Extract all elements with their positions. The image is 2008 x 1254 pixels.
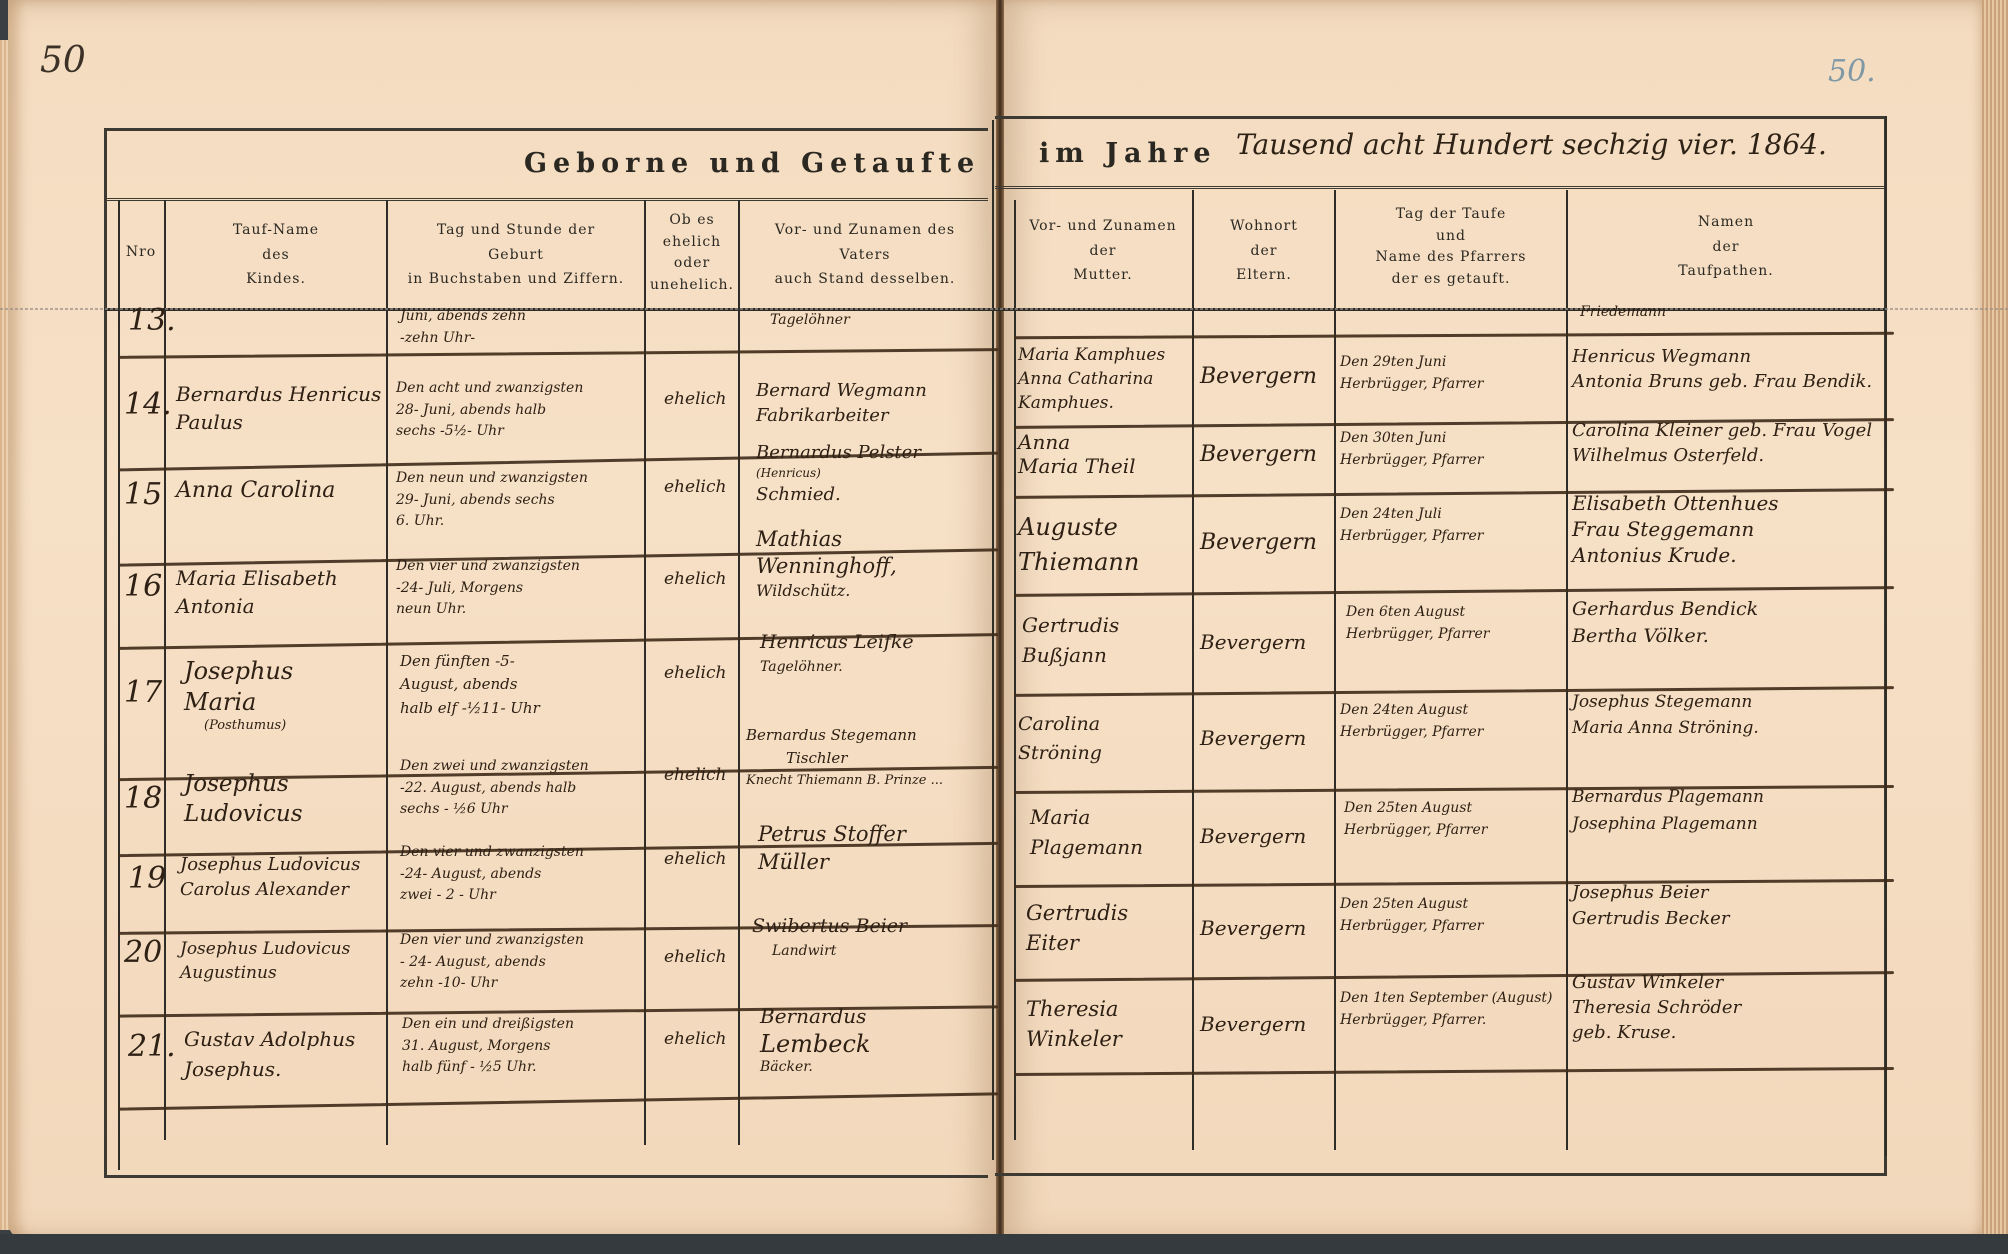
entry-birth: Den neun und zwanzigsten29- Juni, abends… <box>396 468 588 533</box>
background-surface <box>0 1234 2008 1254</box>
entry-residence: Bevergern <box>1200 914 1306 942</box>
col-divider <box>738 200 740 1145</box>
entry-baptism: Den 24ten JuliHerbrügger, Pfarrer <box>1340 504 1483 547</box>
entry-birth: Den vier und zwanzigsten-24- Juli, Morge… <box>396 556 580 621</box>
entry-baptism: Den 25ten AugustHerbrügger, Pfarrer <box>1340 894 1483 937</box>
entry-mother: TheresiaWinkeler <box>1026 994 1122 1055</box>
entry-child-name: Anna Carolina <box>176 476 335 507</box>
page-title-left: Geborne und Getaufte <box>524 148 980 179</box>
entry-legitimacy: ehelich <box>664 386 726 412</box>
header-wohnort: WohnortderEltern. <box>1194 214 1334 288</box>
entry-father: Petrus StofferMüller <box>758 820 906 877</box>
header-tauf-name: Tauf-NamedesKindes. <box>166 218 386 292</box>
page-number-left: 50 <box>40 40 86 81</box>
entry-legitimacy: ehelich <box>664 660 726 686</box>
title-band-left: Geborne und Getaufte <box>104 130 988 201</box>
entry-legitimacy: ehelich <box>664 566 726 592</box>
header-vater: Vor- und Zunamen desVatersauch Stand des… <box>740 218 990 292</box>
entry-mother: CarolinaStröning <box>1018 710 1102 767</box>
open-register-book: 50 50. Geborne und Getaufte im Jahre Tau… <box>0 0 2008 1254</box>
header-ehelich: Ob esehelichoderunehelich. <box>646 210 738 297</box>
entry-father: BernardusLembeckBäcker. <box>760 1004 870 1077</box>
entry-residence: Bevergern <box>1200 724 1306 752</box>
entry-baptism: Den 24ten AugustHerbrügger, Pfarrer <box>1340 700 1483 743</box>
entry-birth: Den acht und zwanzigsten28- Juni, abends… <box>396 378 583 443</box>
col-divider <box>644 200 646 1145</box>
page-edge-right <box>1982 0 2008 1250</box>
entry-child-name: JosephusLudovicus <box>184 770 303 830</box>
entry-residence: Bevergern <box>1200 822 1306 850</box>
entry-baptism: Den 1ten September (August)Herbrügger, P… <box>1340 988 1553 1031</box>
entry-child-name: JosephusMaria(Posthumus) <box>184 656 293 735</box>
entry-number: 19 <box>128 858 166 900</box>
entry-birth: Den zwei und zwanzigsten-22. August, abe… <box>400 756 589 821</box>
entry-father: Henricus LeifkeTagelöhner. <box>760 628 914 679</box>
entry-residence: Bevergern <box>1200 528 1317 559</box>
entry-mother: MariaPlagemann <box>1030 802 1143 862</box>
entry-residence: Bevergern <box>1200 1010 1306 1038</box>
entry-father: Bernard WegmannFabrikarbeiter <box>756 378 927 428</box>
entry-godparents: Friedemann <box>1580 302 1666 324</box>
entry-father: Swibertus BeierLandwirt <box>752 912 907 963</box>
entry-baptism: Den 25ten AugustHerbrügger, Pfarrer <box>1344 798 1487 841</box>
entry-number: 21. <box>128 1026 176 1068</box>
entry-mother: AugusteThiemann <box>1018 510 1139 580</box>
header-nr: Nro <box>118 240 164 265</box>
entry-baptism: Den 29ten JuniHerbrügger, Pfarrer <box>1340 352 1483 395</box>
entry-mother: Maria KamphuesAnna CatharinaKamphues. <box>1018 344 1165 415</box>
col-divider <box>118 200 120 1170</box>
header-taufe: Tag der TaufeundName des Pfarrersder es … <box>1336 204 1566 291</box>
entry-baptism: Den 30ten JuniHerbrügger, Pfarrer <box>1340 428 1483 471</box>
entry-number: 20 <box>124 932 162 974</box>
entry-residence: Bevergern <box>1200 628 1306 656</box>
col-divider <box>1192 190 1194 1150</box>
entry-legitimacy: ehelich <box>664 944 726 970</box>
entry-mother: AnnaMaria Theil <box>1018 430 1136 478</box>
entry-number: 15 <box>124 474 162 516</box>
entry-birth: Den fünften -5-August, abendshalb elf -½… <box>400 650 540 720</box>
entry-godparents: Henricus WegmannAntonia Bruns geb. Frau … <box>1572 344 1872 394</box>
col-divider <box>1014 200 1016 1140</box>
header-mutter: Vor- und ZunamenderMutter. <box>1014 214 1192 288</box>
entry-number: 14. <box>124 384 172 426</box>
entry-birth: Juni, abends zehn-zehn Uhr- <box>400 306 526 349</box>
entry-godparents: Gustav WinkelerTheresia Schrödergeb. Kru… <box>1572 970 1741 1046</box>
entry-godparents: Bernardus PlagemannJosephina Plagemann <box>1572 784 1764 838</box>
entry-godparents: Elisabeth OttenhuesFrau SteggemannAntoni… <box>1572 490 1779 568</box>
year-handwritten: Tausend acht Hundert sechzig vier. 1864. <box>1236 128 1827 161</box>
entry-child-name: Bernardus HenricusPaulus <box>176 380 381 436</box>
entry-number: 18 <box>124 778 162 820</box>
col-divider <box>1885 116 1887 1156</box>
entry-child-name: Maria ElisabethAntonia <box>176 564 338 620</box>
col-divider <box>992 120 994 1160</box>
entry-godparents: Josephus StegemannMaria Anna Ströning. <box>1572 690 1759 741</box>
entry-birth: Den vier und zwanzigsten-24- August, abe… <box>400 842 584 907</box>
entry-birth: Den ein und dreißigsten31. August, Morge… <box>402 1014 574 1079</box>
entry-birth: Den vier und zwanzigsten- 24- August, ab… <box>400 930 584 995</box>
entry-mother: GertrudisEiter <box>1026 898 1128 959</box>
entry-child-name: Gustav AdolphusJosephus. <box>184 1024 355 1084</box>
entry-godparents: Carolina Kleiner geb. Frau VogelWilhelmu… <box>1572 418 1872 468</box>
page-title-right: im Jahre <box>1039 138 1217 169</box>
entry-godparents: Josephus BeierGertrudis Becker <box>1572 880 1729 932</box>
entry-father: MathiasWenninghoff,Wildschütz. <box>756 526 897 601</box>
scan-seam <box>0 308 2008 310</box>
header-pathen: NamenderTaufpathen. <box>1568 210 1884 284</box>
entry-residence: Bevergern <box>1200 362 1317 393</box>
entry-number: 13. <box>128 300 176 342</box>
entry-number: 16 <box>124 566 162 608</box>
page-number-right: 50. <box>1828 54 1876 89</box>
entry-legitimacy: ehelich <box>664 1026 726 1052</box>
entry-father: Bernardus Pelster(Henricus)Schmied. <box>756 440 921 507</box>
entry-legitimacy: ehelich <box>664 474 726 500</box>
entry-father: Tagelöhner <box>770 310 850 332</box>
col-divider <box>386 200 388 1145</box>
entry-child-name: Josephus LudovicusAugustinus <box>180 938 350 986</box>
entry-number: 17 <box>124 672 162 714</box>
entry-baptism: Den 6ten AugustHerbrügger, Pfarrer <box>1346 602 1489 645</box>
entry-legitimacy: ehelich <box>664 762 726 788</box>
entry-mother: GertrudisBußjann <box>1022 610 1119 670</box>
entry-residence: Bevergern <box>1200 440 1317 471</box>
entry-godparents: Gerhardus BendickBertha Völker. <box>1572 596 1758 649</box>
entry-father: Bernardus StegemannTischlerKnecht Thiema… <box>746 724 943 791</box>
header-geburt: Tag und Stunde derGeburtin Buchstaben un… <box>388 218 644 292</box>
entry-child-name: Josephus LudovicusCarolus Alexander <box>180 852 360 902</box>
entry-legitimacy: ehelich <box>664 846 726 872</box>
